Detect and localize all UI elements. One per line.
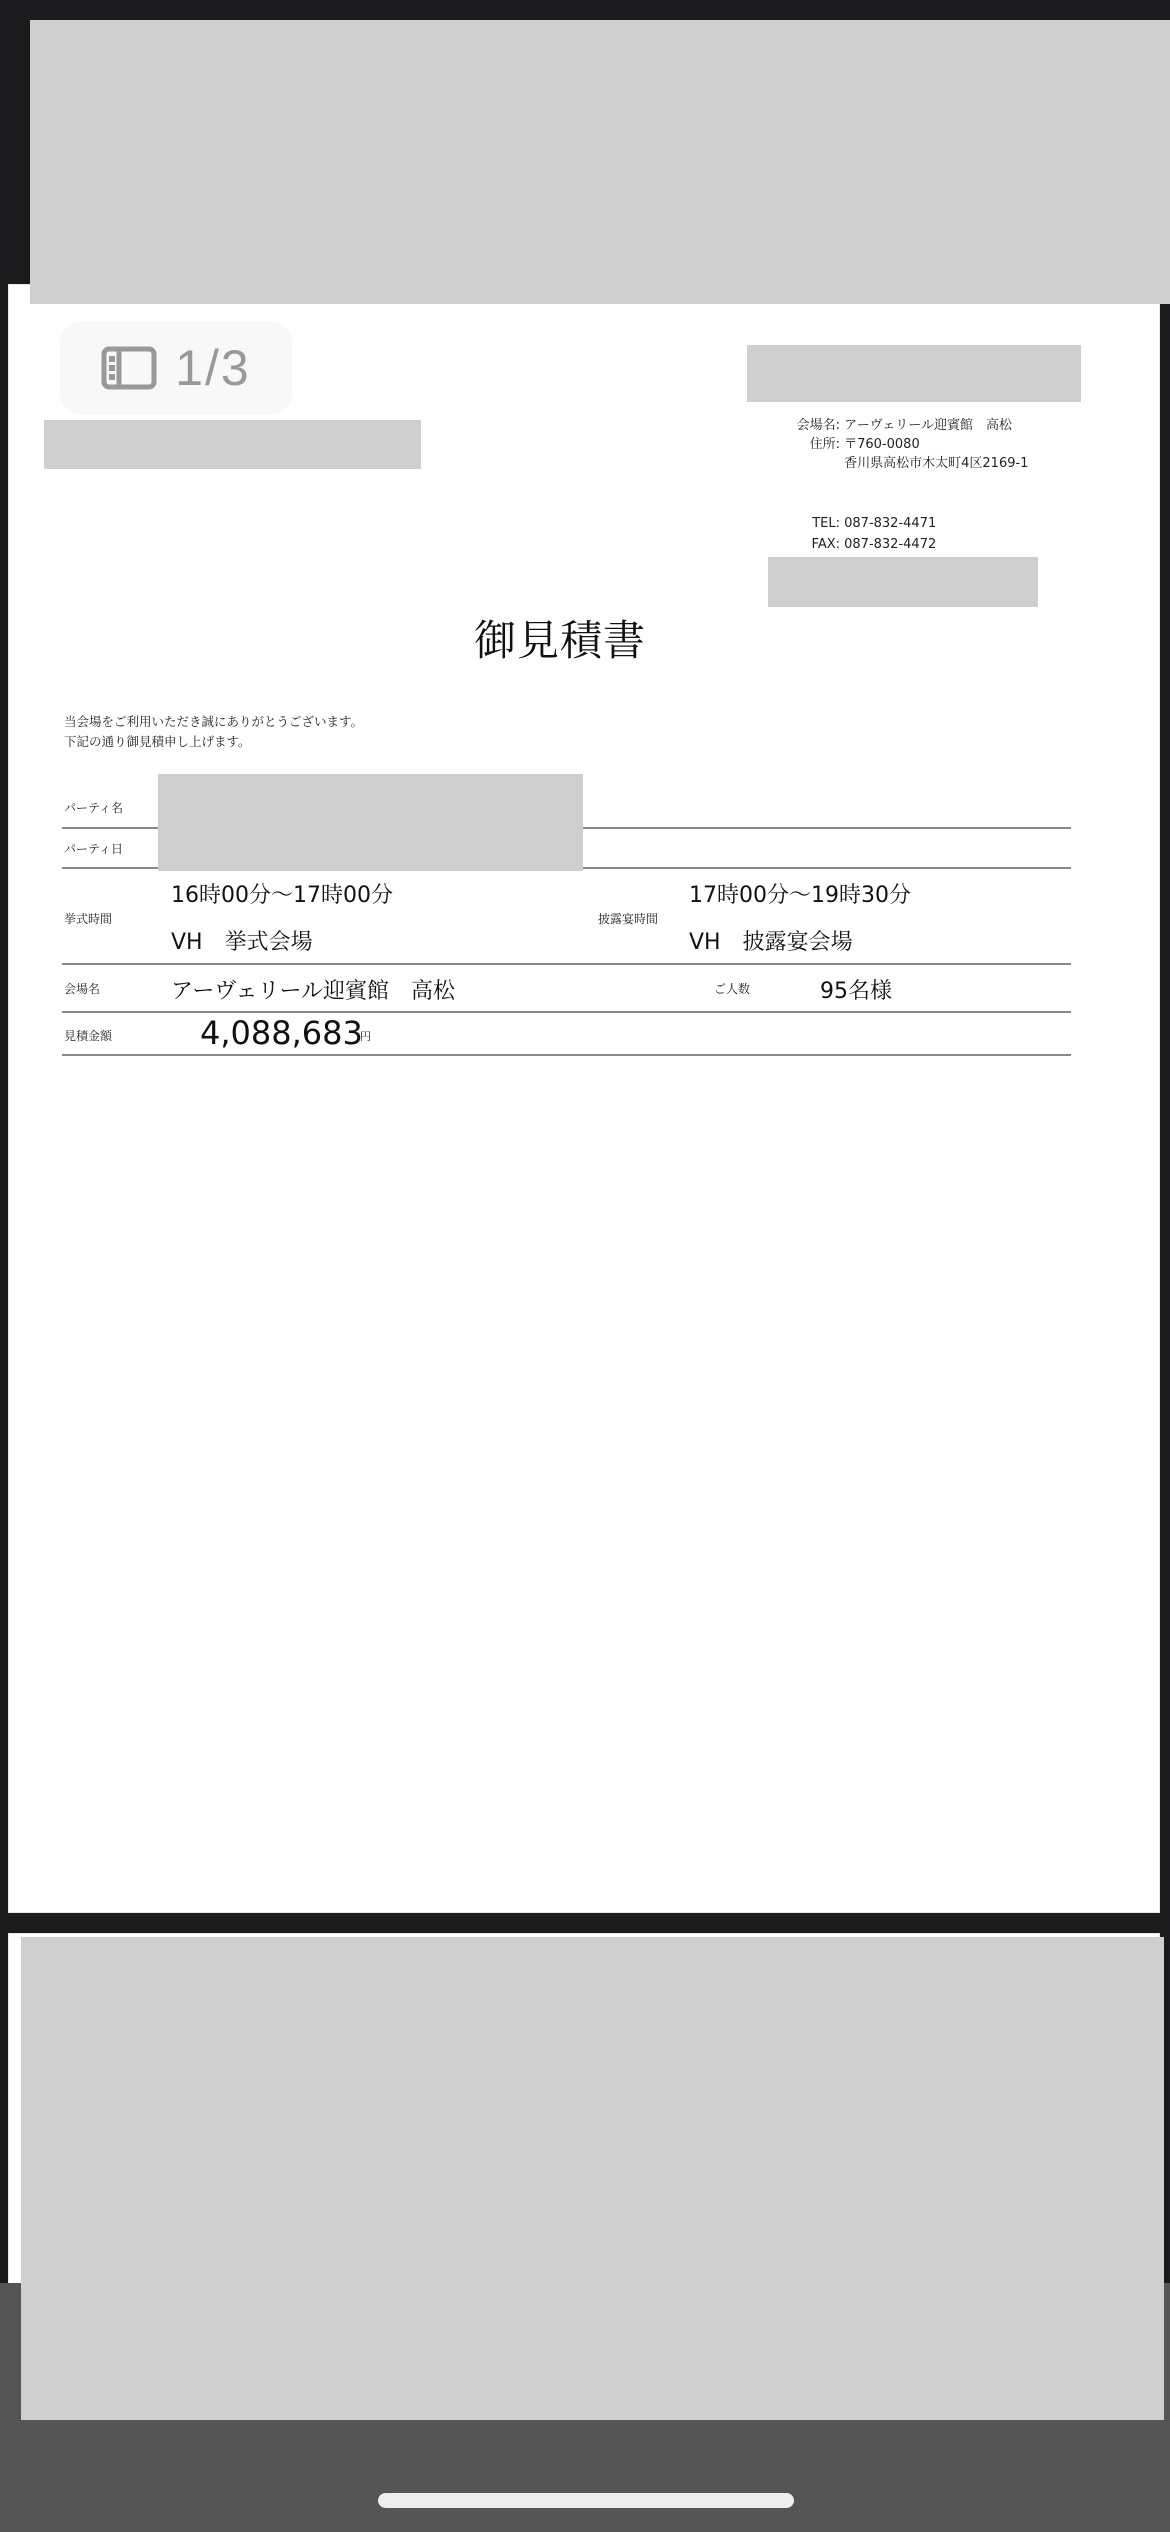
guest-count-value: 95名様 (820, 974, 892, 1005)
fax-value: 087-832-4472 (844, 534, 936, 555)
redacted-logo (747, 345, 1081, 402)
document-title: 御見積書 (0, 608, 1120, 668)
redacted-page-2-content (21, 1937, 1164, 2420)
guest-count-label: ご人数 (714, 980, 750, 997)
venue-info: 会場名: アーヴェリール迎賓館 高松 住所: 〒760-0080 香川県高松市木… (788, 416, 1028, 473)
ceremony-venue-value: VH 挙式会場 (171, 925, 313, 956)
page-indicator: 1/3 (175, 339, 251, 397)
reception-time-label: 披露宴時間 (598, 910, 658, 927)
row-divider (62, 1011, 1071, 1013)
redacted-staff (768, 557, 1038, 607)
venue-name-value: アーヴェリール迎賓館 高松 (171, 974, 455, 1005)
tel-value: 087-832-4471 (844, 513, 936, 534)
postal-code: 〒760-0080 (844, 435, 920, 454)
venue-value: アーヴェリール迎賓館 高松 (844, 416, 1012, 435)
row-divider (62, 1054, 1071, 1056)
reception-venue-value: VH 披露宴会場 (689, 925, 853, 956)
redacted-customer-name (44, 420, 421, 469)
venue-name-label: 会場名 (64, 980, 100, 997)
fax-label: FAX: (788, 534, 840, 555)
greeting-text: 当会場をご利用いただき誠にありがとうございます。 下記の通り御見積申し上げます。 (64, 712, 363, 752)
tel-label: TEL: (788, 513, 840, 534)
estimate-unit: 円 (360, 1028, 371, 1044)
address-label: 住所: (788, 435, 840, 454)
redacted-header-area (30, 20, 1170, 304)
redacted-party-info (158, 774, 583, 871)
sidebar-thumbnails-icon (101, 346, 157, 390)
ceremony-time-label: 挙式時間 (64, 910, 112, 927)
estimate-amount: 4,088,683 (200, 1014, 363, 1052)
home-indicator[interactable] (378, 2493, 794, 2508)
pdf-page-1 (8, 284, 1160, 1913)
estimate-label: 見積金額 (64, 1027, 112, 1044)
party-name-label: パーティ名 (64, 799, 123, 816)
address-line: 香川県高松市木太町4区2169-1 (844, 454, 1028, 473)
page-counter-button[interactable]: 1/3 (60, 321, 292, 415)
ceremony-time-value: 16時00分〜17時00分 (171, 878, 393, 909)
party-date-label: パーティ日 (64, 840, 123, 857)
venue-label: 会場名: (788, 416, 840, 435)
greeting-line-2: 下記の通り御見積申し上げます。 (64, 732, 363, 752)
reception-time-value: 17時00分〜19時30分 (689, 878, 911, 909)
greeting-line-1: 当会場をご利用いただき誠にありがとうございます。 (64, 712, 363, 732)
row-divider (62, 963, 1071, 965)
contact-info: TEL: 087-832-4471 FAX: 087-832-4472 (788, 513, 936, 555)
